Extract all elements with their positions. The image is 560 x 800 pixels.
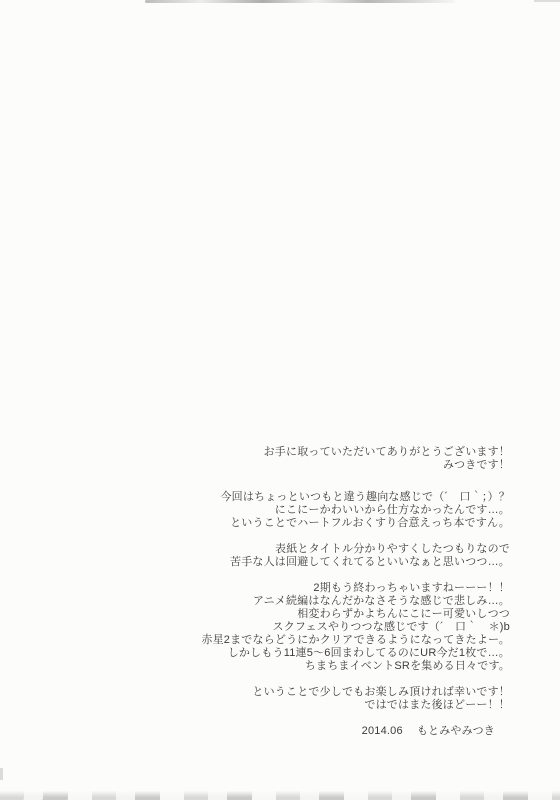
scan-artifact-top-right bbox=[534, 0, 560, 2]
afterword-text-block: お手に取っていただいてありがとうございます！ みつきです！ 今回はちょっといつも… bbox=[90, 446, 510, 738]
afterword-line: 今回はちょっといつもと違う趣向な感じで（´ 口｀；）？ bbox=[220, 491, 510, 503]
scan-artifact-top-streak bbox=[145, 0, 455, 3]
afterword-line: ではではまた後ほどーー！！ bbox=[364, 699, 510, 711]
afterword-paragraph: 今回はちょっといつもと違う趣向な感じで（´ 口｀；）？ にこにーかわいいから仕方… bbox=[90, 491, 510, 530]
afterword-line: しかしもう11連5～6回まわしてるのにUR今だ1枚で…。 bbox=[228, 647, 510, 659]
afterword-line: アニメ続編はなんだかなさそうな感じで悲しみ…。 bbox=[253, 595, 510, 607]
afterword-line: 2期もう終わっちゃいますねーーー！！ bbox=[313, 582, 510, 594]
afterword-line: ちまちまイベントSRを集める日々です。 bbox=[305, 660, 510, 672]
afterword-line: 相変わらずかよちんにこにー可愛いしつつ bbox=[297, 608, 510, 620]
scan-artifact-bottom-band bbox=[0, 791, 560, 800]
signature-line: 2014.06もとみやみつき bbox=[90, 725, 510, 738]
afterword-line: 表紙とタイトル分かりやすくしたつもりなので bbox=[275, 543, 510, 555]
afterword-paragraph: ということで少しでもお楽しみ頂ければ幸いです！ ではではまた後ほどーー！！ bbox=[90, 686, 510, 712]
afterword-line: ということでハートフルおくすり合意えっち本ですん。 bbox=[230, 517, 510, 529]
afterword-paragraph: 2期もう終わっちゃいますねーーー！！ アニメ続編はなんだかなさそうな感じで悲しみ… bbox=[90, 582, 510, 673]
afterword-paragraph: お手に取っていただいてありがとうございます！ みつきです！ bbox=[90, 446, 510, 472]
scan-artifact-left-speck bbox=[0, 768, 3, 780]
publication-date: 2014.06 bbox=[362, 725, 403, 737]
afterword-line: お手に取っていただいてありがとうございます！ bbox=[264, 446, 510, 458]
afterword-line: みつきです！ bbox=[443, 459, 510, 471]
afterword-line: 赤星2までならどうにかクリアできるようになってきたよー。 bbox=[201, 634, 510, 646]
scanned-page: お手に取っていただいてありがとうございます！ みつきです！ 今回はちょっといつも… bbox=[0, 0, 560, 800]
author-name: もとみやみつき bbox=[417, 725, 495, 738]
afterword-paragraph: 表紙とタイトル分かりやすくしたつもりなので 苦手な人は回避してくれてるといいなぁ… bbox=[90, 543, 510, 569]
afterword-line: ということで少しでもお楽しみ頂ければ幸いです！ bbox=[252, 686, 510, 698]
afterword-line: にこにーかわいいから仕方なかったんです…。 bbox=[275, 504, 510, 516]
afterword-line: スクフェスやりつつな感じです（´ 口｀ ＊)b bbox=[273, 621, 511, 633]
afterword-line: 苦手な人は回避してくれてるといいなぁと思いつつ…。 bbox=[230, 556, 510, 568]
